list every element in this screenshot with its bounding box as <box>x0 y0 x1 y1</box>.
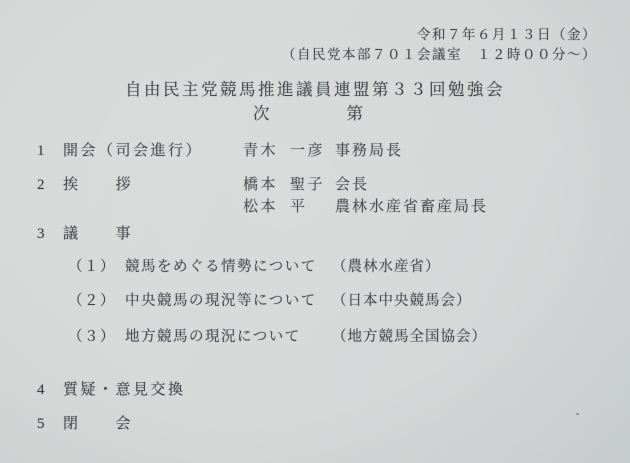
item-2-number: 2 <box>37 176 47 194</box>
subitem-2-number: （２） <box>68 293 116 310</box>
agenda-heading: 次第 <box>253 104 365 124</box>
item-2-label: 挨 拶 <box>63 176 133 194</box>
item-1-speaker-surname: 青木 <box>243 142 278 160</box>
subitem-3-number: （３） <box>68 329 116 346</box>
item-2-speaker-2-given: 平 <box>290 198 308 216</box>
date-line: 令和７年６月１３日（金） <box>417 27 597 43</box>
subitem-2-label: 中央競馬の現況等について <box>125 293 317 310</box>
item-5-number: 5 <box>37 415 47 433</box>
subitem-1-label: 競馬をめぐる情勢について <box>125 259 317 276</box>
item-1-number: 1 <box>37 142 47 160</box>
item-1-label: 開会（司会進行） <box>63 142 203 160</box>
venue-line: （自民党本部７０１会議室 １２時００分～） <box>282 47 597 63</box>
agenda-heading-second: 第 <box>347 104 366 123</box>
item-4-number: 4 <box>37 381 47 399</box>
item-1-speaker-given: 一彦 <box>290 142 325 160</box>
subitem-1-org: （農林水産省） <box>332 259 441 276</box>
subitem-3-org: （地方競馬全国協会） <box>332 329 487 346</box>
item-3-label: 議 事 <box>63 225 133 243</box>
item-2-speaker-2-role: 農林水産省畜産局長 <box>335 198 488 216</box>
paper-speck <box>576 413 579 415</box>
item-2-speaker-1-role: 会長 <box>335 176 369 194</box>
item-5-label: 閉 会 <box>63 415 133 433</box>
item-2-speaker-1-given: 聖子 <box>290 176 325 194</box>
item-2-speaker-1-surname: 橋本 <box>243 176 278 194</box>
agenda-heading-first: 次 <box>253 104 272 123</box>
subitem-3-label: 地方競馬の現況について <box>125 329 301 346</box>
item-4-label: 質疑・意見交換 <box>63 381 186 399</box>
document-title: 自由民主党競馬推進議員連盟第３３回勉強会 <box>0 80 630 100</box>
item-3-number: 3 <box>37 225 47 243</box>
item-2-speaker-2-surname: 松本 <box>243 198 278 216</box>
subitem-1-number: （１） <box>68 259 116 276</box>
item-1-speaker-role: 事務局長 <box>335 142 403 160</box>
document-page: 令和７年６月１３日（金） （自民党本部７０１会議室 １２時００分～） 自由民主党… <box>0 0 630 463</box>
subitem-2-org: （日本中央競馬会） <box>332 293 472 310</box>
